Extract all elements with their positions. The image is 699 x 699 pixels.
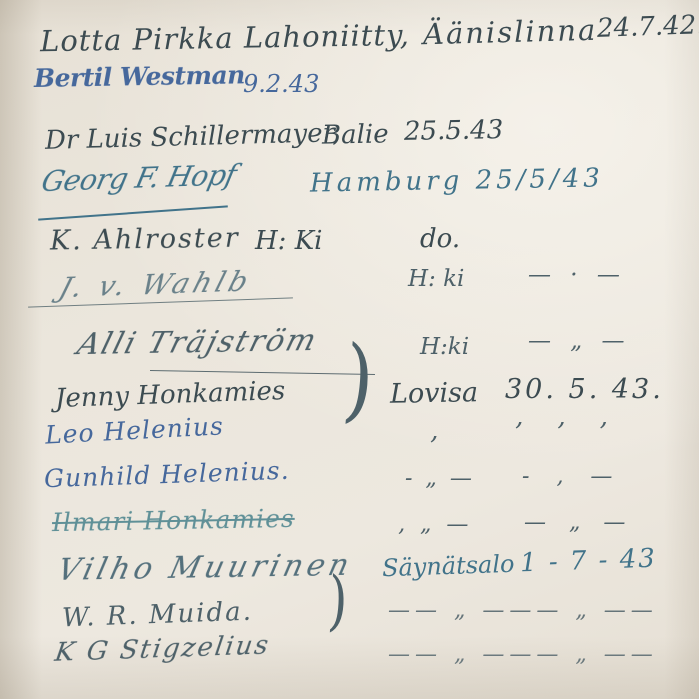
signature-1-name: Lotta Pirkka Lahoniitty, [40, 21, 410, 56]
signature-6-name: J. v. Wahlb [56, 267, 255, 302]
signature-1-date: 24.7.42. [597, 12, 699, 42]
signature-9-name: Leo Helenius [44, 413, 224, 447]
signature-11-name: Ilmari Honkamies [52, 506, 295, 535]
small-brace-mark: ) [326, 568, 349, 635]
signature-8-name: Jenny Honkamies [55, 378, 286, 412]
signature-11-date-ditto: — „ — [524, 512, 633, 534]
signature-7-ditto: — „ — [528, 330, 631, 353]
signature-12-place: Säynätsalo [382, 552, 515, 581]
signature-6-place: H: ki [408, 268, 464, 291]
signature-12-date: 1 - 7 - 43 [520, 546, 658, 577]
signature-10-date-ditto: - ‚ — [522, 466, 622, 488]
signature-4-underline-stroke [38, 205, 228, 220]
signature-9-date-ticks: ‚‚‚ [515, 404, 642, 430]
signature-11-place-ditto: ‚ „ — [398, 514, 472, 536]
signature-8-place: Lovisa [390, 379, 478, 408]
signature-7-flourish-stroke [150, 370, 375, 375]
signature-8-date: 30. 5. 43. [505, 376, 664, 403]
signature-4-place-date: Hamburg 25/5/43 [310, 165, 604, 196]
joint-brace-mark: ) [340, 333, 377, 427]
signature-4-name: Georg F. Hopf [39, 161, 238, 196]
signature-3-date: 25.5.43 [404, 117, 504, 145]
signature-10-name: Gunhild Helenius. [44, 458, 290, 492]
signature-14-name: K G Stigzelius [53, 633, 272, 666]
signature-12-name: Vilho Muurinen [55, 551, 356, 586]
signature-5-place: H: Ki [255, 228, 322, 254]
signature-2-date: 9.2.43 [243, 72, 319, 96]
signature-14-ditto: —— „ ——— „ —— [388, 644, 658, 666]
signature-13-name: W. R. Muida. [62, 599, 254, 632]
signature-5-name: K. Ahlroster [50, 224, 240, 254]
signature-2-name: Bertil Westman [34, 62, 245, 91]
signature-13-ditto: —— „ ——— „ —— [388, 600, 658, 622]
guestbook-page-photo: Lotta Pirkka Lahoniitty, Äänislinna 24.7… [0, 0, 699, 699]
signature-7-name: Alli Träjström [74, 326, 321, 360]
signature-10-place-ditto: - „ — [405, 468, 475, 490]
signature-3-place: Balie [322, 121, 389, 148]
signature-3-name: Dr Luis Schillermayer, [45, 120, 341, 154]
signature-1-place: Äänislinna [423, 16, 598, 50]
signature-9-place-tick: ‚ [430, 418, 438, 444]
signature-5-ditto: do. [420, 226, 460, 252]
signature-7-place: H:ki [420, 336, 469, 359]
signature-6-ditto: — · — [528, 264, 626, 287]
